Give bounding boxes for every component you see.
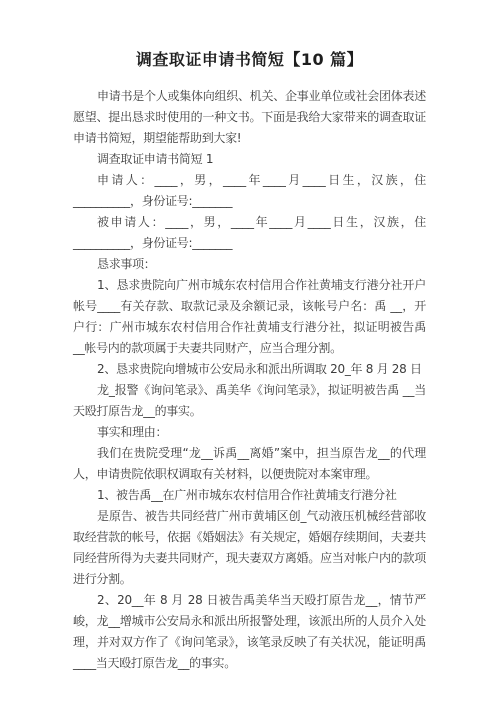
fact-item-1: 1、被告禹__在广州市城东农村信用合作社黄埔支行港分社 (73, 485, 426, 506)
request-items-heading: 恳求事项： (73, 254, 426, 275)
fact-item-2: 2、20__年 8 月 28 日被告禹美华当天殴打原告龙__，情节严峻，龙__增… (73, 590, 426, 674)
document-title: 调查取证申请书简短【10 篇】 (73, 49, 426, 71)
request-item-2-date: 2、恳求贵院向增城市公安局永和派出所调取 20_年 8 月 28 日 (73, 359, 426, 380)
facts-reasons-heading: 事实和理由： (73, 422, 426, 443)
fact-item-1-detail: 是原告、被告共同经营广州市黄埔区创_气动液压机械经营部收取经营款的帐号，依据《婚… (73, 506, 426, 590)
document-page: 调查取证申请书简短【10 篇】 申请书是个人或集体向组织、机关、企事业单位或社会… (0, 0, 500, 707)
facts-intro: 我们在贵院受理“龙__诉禹__离婚”案中，担当原告龙__的代理人，申请贵院依职权… (73, 443, 426, 485)
section-heading-1: 调查取证申请书简短 1 (73, 149, 426, 170)
applicant-line: 申请人：____，男，____年____月____日生，汉族，住________… (73, 170, 426, 212)
request-item-2-detail: 龙_报警《询问笔录》、禹美华《询问笔录》，拟证明被告禹 __当天殴打原告龙__的… (73, 380, 426, 422)
respondent-line: 被申请人：____，男，____年____月____日生，汉族，住_______… (73, 212, 426, 254)
paragraph-intro: 申请书是个人或集体向组织、机关、企事业单位或社会团体表述愿望、提出恳求时使用的一… (73, 86, 426, 149)
request-item-1: 1、恳求贵院向广州市城东农村信用合作社黄埔支行港分社开户帐号____有关存款、取… (73, 275, 426, 359)
